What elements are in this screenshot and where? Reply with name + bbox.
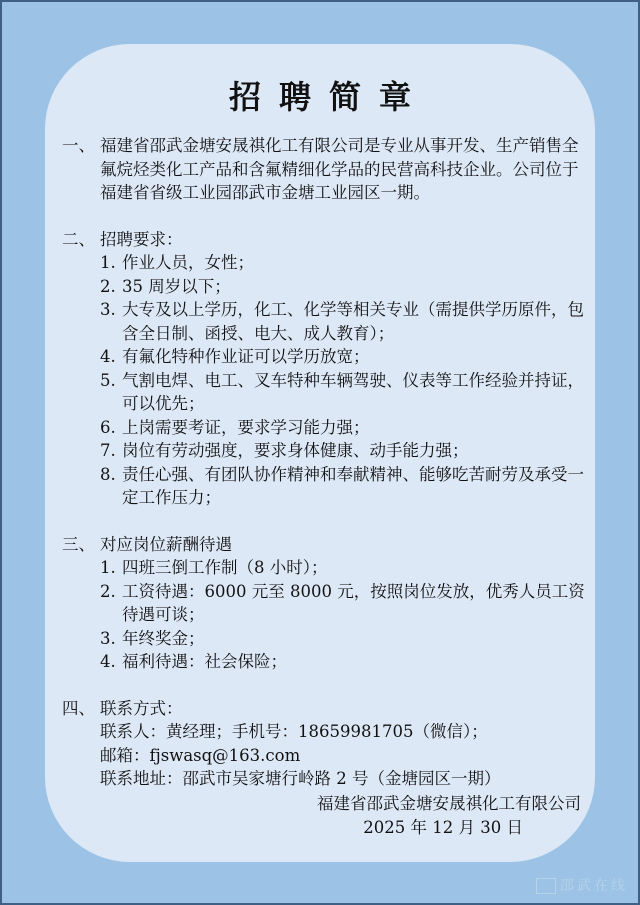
item-number: 1.	[100, 251, 122, 275]
contact-email: 邮箱：fjswasq@163.com	[100, 744, 592, 768]
section-company-intro: 一、 福建省邵武金塘安晟祺化工有限公司是专业从事开发、生产销售全氟烷烃类化工产品…	[62, 134, 592, 205]
item-number: 7.	[100, 439, 122, 463]
item-number: 3.	[100, 627, 122, 651]
item-text: 大专及以上学历，化工、化学等相关专业（需提供学历原件，包含全日制、函授、电大、成…	[122, 298, 592, 345]
list-item: 7.岗位有劳动强度，要求身体健康、动手能力强；	[100, 439, 592, 463]
item-text: 责任心强、有团队协作精神和奉献精神、能够吃苦耐劳及承受一定工作压力；	[122, 463, 592, 510]
list-item: 4.有氟化特种作业证可以学历放宽；	[100, 345, 592, 369]
section-paragraph: 福建省邵武金塘安晟祺化工有限公司是专业从事开发、生产销售全氟烷烃类化工产品和含氟…	[100, 134, 592, 205]
list-item: 8.责任心强、有团队协作精神和奉献精神、能够吃苦耐劳及承受一定工作压力；	[100, 463, 592, 510]
item-number: 5.	[100, 369, 122, 416]
section-heading: 联系方式：	[100, 697, 183, 721]
item-number: 3.	[100, 298, 122, 345]
watermark-text: 邵武在线	[560, 878, 628, 894]
item-number: 2.	[100, 275, 122, 299]
section-requirements: 二、 招聘要求： 1.作业人员，女性； 2.35 周岁以下； 3.大专及以上学历…	[62, 228, 592, 510]
contact-details: 联系人：黄经理；手机号：18659981705（微信）； 邮箱：fjswasq@…	[62, 720, 592, 791]
item-number: 1.	[100, 556, 122, 580]
compensation-list: 1.四班三倒工作制（8 小时）； 2.工资待遇：6000 元至 8000 元，按…	[62, 556, 592, 674]
section-contact: 四、 联系方式： 联系人：黄经理；手机号：18659981705（微信）； 邮箱…	[62, 697, 592, 791]
list-item: 6.上岗需要考证，要求学习能力强；	[100, 416, 592, 440]
item-text: 岗位有劳动强度，要求身体健康、动手能力强；	[122, 439, 592, 463]
list-item: 2.工资待遇：6000 元至 8000 元，按照岗位发放，优秀人员工资待遇可谈；	[100, 580, 592, 627]
section-number: 三、	[62, 533, 100, 557]
list-item: 3.大专及以上学历，化工、化学等相关专业（需提供学历原件，包含全日制、函授、电大…	[100, 298, 592, 345]
signature-company: 福建省邵武金塘安晟祺化工有限公司	[317, 792, 581, 816]
item-number: 4.	[100, 345, 122, 369]
list-item: 1.作业人员，女性；	[100, 251, 592, 275]
section-number: 二、	[62, 228, 100, 252]
section-compensation: 三、 对应岗位薪酬待遇 1.四班三倒工作制（8 小时）； 2.工资待遇：6000…	[62, 533, 592, 674]
content-panel: 招聘简章 一、 福建省邵武金塘安晟祺化工有限公司是专业从事开发、生产销售全氟烷烃…	[45, 44, 595, 862]
item-text: 福利待遇：社会保险；	[122, 650, 592, 674]
item-text: 工资待遇：6000 元至 8000 元，按照岗位发放，优秀人员工资待遇可谈；	[122, 580, 592, 627]
item-text: 年终奖金；	[122, 627, 592, 651]
item-text: 作业人员，女性；	[122, 251, 592, 275]
item-text: 上岗需要考证，要求学习能力强；	[122, 416, 592, 440]
item-number: 2.	[100, 580, 122, 627]
item-text: 四班三倒工作制（8 小时）；	[122, 556, 592, 580]
item-text: 气割电焊、电工、叉车特种车辆驾驶、仪表等工作经验并持证，可以优先；	[122, 369, 592, 416]
section-heading: 招聘要求：	[100, 228, 183, 252]
list-item: 1.四班三倒工作制（8 小时）；	[100, 556, 592, 580]
item-text: 有氟化特种作业证可以学历放宽；	[122, 345, 592, 369]
section-number: 一、	[62, 134, 100, 205]
page-title: 招聘简章	[45, 72, 595, 118]
watermark: 邵武在线	[536, 875, 628, 895]
item-number: 8.	[100, 463, 122, 510]
item-number: 4.	[100, 650, 122, 674]
contact-person-phone: 联系人：黄经理；手机号：18659981705（微信）；	[100, 720, 592, 744]
document-body: 一、 福建省邵武金塘安晟祺化工有限公司是专业从事开发、生产销售全氟烷烃类化工产品…	[62, 134, 592, 814]
section-number: 四、	[62, 697, 100, 721]
signature-date: 2025 年 12 月 30 日	[317, 816, 581, 840]
list-item: 3.年终奖金；	[100, 627, 592, 651]
list-item: 5.气割电焊、电工、叉车特种车辆驾驶、仪表等工作经验并持证，可以优先；	[100, 369, 592, 416]
poster-frame: 招聘简章 一、 福建省邵武金塘安晟祺化工有限公司是专业从事开发、生产销售全氟烷烃…	[0, 0, 640, 905]
contact-address: 联系地址：邵武市吴家塘行岭路 2 号（金塘园区一期）	[100, 767, 592, 791]
list-item: 2.35 周岁以下；	[100, 275, 592, 299]
list-item: 4.福利待遇：社会保险；	[100, 650, 592, 674]
section-heading: 对应岗位薪酬待遇	[100, 533, 232, 557]
item-number: 6.	[100, 416, 122, 440]
watermark-logo-icon	[536, 878, 556, 894]
signature-block: 福建省邵武金塘安晟祺化工有限公司 2025 年 12 月 30 日	[317, 792, 581, 839]
requirements-list: 1.作业人员，女性； 2.35 周岁以下； 3.大专及以上学历，化工、化学等相关…	[62, 251, 592, 510]
item-text: 35 周岁以下；	[122, 275, 592, 299]
